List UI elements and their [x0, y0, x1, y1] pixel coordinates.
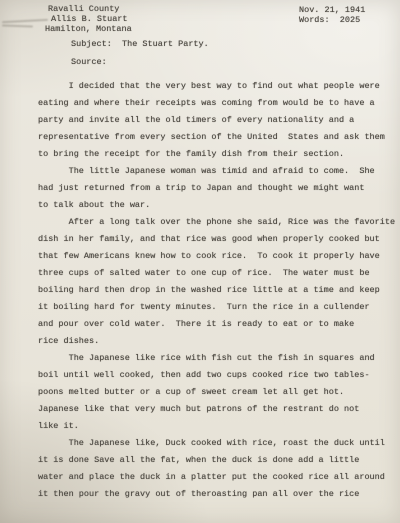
typed-line: dish in her family, and that rice was go…	[38, 231, 395, 248]
typed-line: The little Japanese woman was timid and …	[38, 163, 395, 180]
source-line: Source:	[71, 54, 107, 71]
scanned-document-page: Ravalli CountyAllis B. StuartHamilton, M…	[0, 0, 400, 523]
typed-line: had just returned from a trip to Japan a…	[38, 180, 395, 197]
typed-line: boil until well cooked, then add two cup…	[38, 367, 395, 384]
typed-line: poons melted butter or a cup of sweet cr…	[38, 384, 395, 401]
typed-line: eating and where their receipts was comi…	[38, 95, 395, 112]
header-address-line: Allis B. Stuart	[51, 14, 132, 24]
typed-line: representative from every section of the…	[38, 129, 395, 146]
pencil-smudge-mark	[2, 17, 48, 31]
header-date-line: Nov. 21, 1941	[299, 5, 365, 15]
typed-line: like it.	[38, 418, 395, 435]
header-address-line: Hamilton, Montana	[45, 24, 132, 34]
typed-line: The Japanese like, Duck cooked with rice…	[38, 435, 395, 452]
header-address-line: Ravalli County	[48, 4, 132, 14]
typed-line: Japanese like that very much but patrons…	[38, 401, 395, 418]
typed-line: After a long talk over the phone she sai…	[38, 214, 395, 231]
subject-line: Subject: The Stuart Party.	[71, 36, 209, 53]
typed-line: it boiling hard for twenty minutes. Turn…	[38, 299, 395, 316]
typed-line: it is done Save all the fat, when the du…	[38, 452, 395, 469]
typed-line: three cups of salted water to one cup of…	[38, 265, 395, 282]
typed-line: it then pour the gravy out of theroastin…	[38, 486, 395, 503]
typed-line: and pour over cold water. There it is re…	[38, 316, 395, 333]
body-text: I decided that the very best way to find…	[38, 78, 395, 503]
typed-line: to talk about the war.	[38, 197, 395, 214]
typed-line: water and place the duck in a platter pu…	[38, 469, 395, 486]
header-date-line: Words: 2025	[299, 15, 365, 25]
typed-line: The Japanese like rice with fish cut the…	[38, 350, 395, 367]
header-address-block: Ravalli CountyAllis B. StuartHamilton, M…	[45, 4, 132, 34]
header-date-block: Nov. 21, 1941Words: 2025	[299, 5, 365, 25]
typed-line: to bring the receipt for the family dish…	[38, 146, 395, 163]
typed-line: boiling hard then drop in the washed ric…	[38, 282, 395, 299]
typed-line: that few Americans knew how to cook rice…	[38, 248, 395, 265]
typed-line: I decided that the very best way to find…	[38, 78, 395, 95]
typed-line: rice dishes.	[38, 333, 395, 350]
typed-line: party and invite all the old timers of e…	[38, 112, 395, 129]
